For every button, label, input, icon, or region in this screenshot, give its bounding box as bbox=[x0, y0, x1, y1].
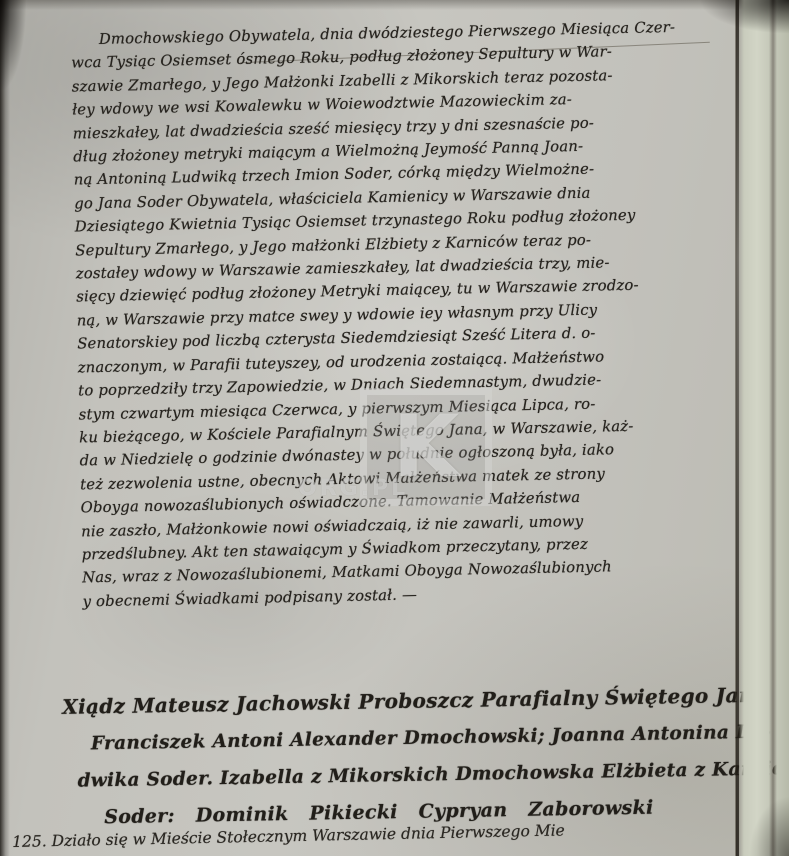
page-top-shadow bbox=[0, 0, 789, 10]
page-fold-crease bbox=[736, 0, 739, 856]
manuscript-text: Dmochowskiego Obywatela, dnia dwódzieste… bbox=[0, 0, 789, 615]
scanned-page: Dmochowskiego Obywatela, dnia dwódzieste… bbox=[0, 0, 789, 856]
book-binding-edge bbox=[735, 0, 789, 856]
page-left-shadow bbox=[0, 0, 10, 856]
signature-block: Xiądz Mateusz Jachowski Proboszcz Parafi… bbox=[0, 675, 789, 838]
corner-shadow-top-right bbox=[699, 0, 789, 34]
corner-shadow-top-left bbox=[0, 0, 26, 90]
corner-shadow-bottom-right bbox=[749, 796, 789, 856]
